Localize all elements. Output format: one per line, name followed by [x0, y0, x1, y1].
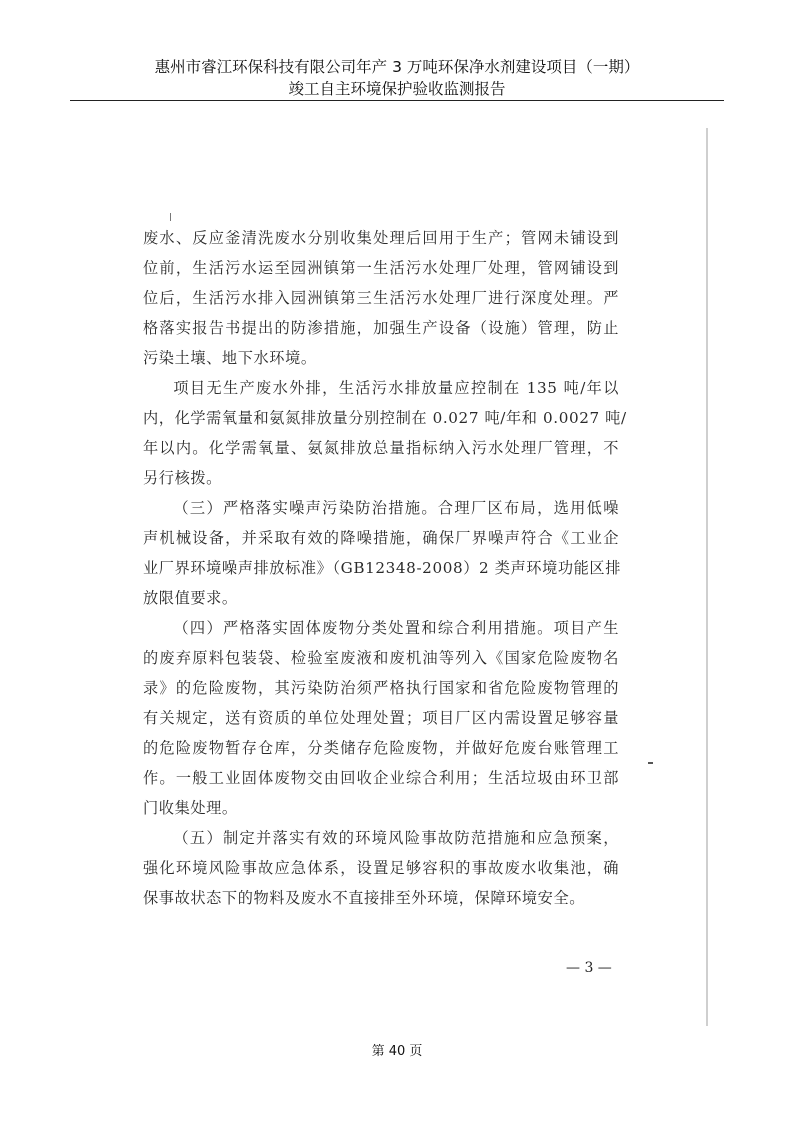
text-line: 的危险废物暂存仓库，分类储存危险废物，并做好危废台账管理工 [143, 733, 619, 763]
paragraph: （三）严格落实噪声污染防治措施。合理厂区布局，选用低噪声机械设备，并采取有效的降… [143, 493, 619, 613]
scan-artifact-dot [648, 762, 653, 764]
report-title-line-2: 竣工自主环境保护验收监测报告 [70, 78, 724, 100]
text-line: 位后，生活污水排入园洲镇第三生活污水处理厂进行深度处理。严 [143, 283, 619, 313]
text-line: 位前，生活污水运至园洲镇第一生活污水处理厂处理，管网铺设到 [143, 253, 619, 283]
text-line: 废水、反应釜清洗废水分别收集处理后回用于生产；管网未铺设到 [143, 223, 619, 253]
text-line: （四）严格落实固体废物分类处置和综合利用措施。项目产生 [143, 613, 619, 643]
text-line: 年以内。化学需氧量、氨氮排放总量指标纳入污水处理厂管理，不 [143, 433, 619, 463]
text-line: 污染土壤、地下水环境。 [143, 343, 619, 373]
report-title-line-1: 惠州市睿江环保科技有限公司年产 3 万吨环保净水剂建设项目（一期） [70, 56, 724, 78]
page-number-label: 第 40 页 [372, 1044, 423, 1059]
text-line: 保事故状态下的物料及废水不直接排至外环境，保障环境安全。 [143, 883, 619, 913]
text-line: 格落实报告书提出的防渗措施，加强生产设备（设施）管理，防止 [143, 313, 619, 343]
text-line: 录》的危险废物，其污染防治须严格执行国家和省危险废物管理的 [143, 673, 619, 703]
text-line: 业厂界环境噪声排放标准》（GB12348-2008）2 类声环境功能区排 [143, 553, 619, 583]
text-line: 门收集处理。 [143, 793, 619, 823]
text-line: 的废弃原料包装袋、检验室废液和废机油等列入《国家危险废物名 [143, 643, 619, 673]
paragraph: （五）制定并落实有效的环境风险事故防范措施和应急预案，强化环境风险事故应急体系，… [143, 823, 619, 913]
text-line: （五）制定并落实有效的环境风险事故防范措施和应急预案， [143, 823, 619, 853]
scanned-page-edge [706, 128, 708, 1026]
text-line: 声机械设备，并采取有效的降噪措施，确保厂界噪声符合《工业企 [143, 523, 619, 553]
text-line: 强化环境风险事故应急体系，设置足够容积的事故废水收集池，确 [143, 853, 619, 883]
page-footer: 第 40 页 [0, 1040, 794, 1059]
text-line: 放限值要求。 [143, 583, 619, 613]
scan-artifact-mark [170, 213, 171, 221]
report-header: 惠州市睿江环保科技有限公司年产 3 万吨环保净水剂建设项目（一期） 竣工自主环境… [70, 56, 724, 100]
paragraph: 废水、反应釜清洗废水分别收集处理后回用于生产；管网未铺设到位前，生活污水运至园洲… [143, 223, 619, 373]
text-line: 作。一般工业固体废物交由回收企业综合利用；生活垃圾由环卫部 [143, 763, 619, 793]
header-divider [70, 100, 724, 101]
text-line: 另行核拨。 [143, 463, 619, 493]
scanned-page-number: — 3 — [566, 960, 612, 976]
text-line: （三）严格落实噪声污染防治措施。合理厂区布局，选用低噪 [143, 493, 619, 523]
text-line: 内，化学需氧量和氨氮排放量分别控制在 0.027 吨/年和 0.0027 吨/ [143, 403, 619, 433]
paragraph: 项目无生产废水外排，生活污水排放量应控制在 135 吨/年以内，化学需氧量和氨氮… [143, 373, 619, 493]
text-line: 有关规定，送有资质的单位处理处置；项目厂区内需设置足够容量 [143, 703, 619, 733]
text-line: 项目无生产废水外排，生活污水排放量应控制在 135 吨/年以 [143, 373, 619, 403]
document-body: 废水、反应釜清洗废水分别收集处理后回用于生产；管网未铺设到位前，生活污水运至园洲… [143, 223, 619, 913]
paragraph: （四）严格落实固体废物分类处置和综合利用措施。项目产生的废弃原料包装袋、检验室废… [143, 613, 619, 823]
